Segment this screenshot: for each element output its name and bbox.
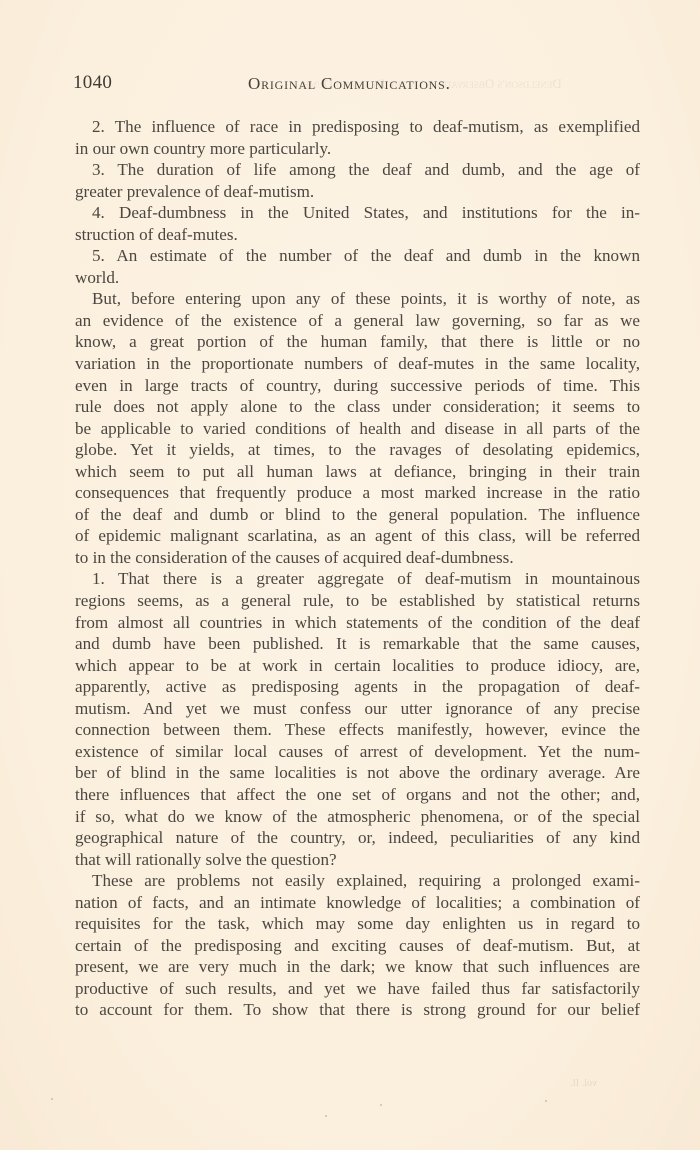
text-line: globe. Yet it yields, at times, to the r… <box>75 439 640 461</box>
page-number: 1040 <box>73 72 112 94</box>
text-line: there influences that affect the one set… <box>75 784 640 806</box>
body-text: 2. The influence of race in predisposing… <box>75 116 640 1021</box>
text-line: connection between them. These effects m… <box>75 719 640 741</box>
text-line: regions seems, as a general rule, to be … <box>75 590 640 612</box>
text-line: geographical nature of the country, or, … <box>75 827 640 849</box>
text-line: But, before entering upon any of these p… <box>75 288 640 310</box>
text-line: mutism. And yet we must confess our utte… <box>75 698 640 720</box>
text-line: and dumb have been published. It is rema… <box>75 633 640 655</box>
text-line: struction of deaf-mutes. <box>75 224 640 246</box>
text-line: nation of facts, and an intimate knowled… <box>75 892 640 914</box>
text-line: which seem to put all human laws at defi… <box>75 461 640 483</box>
text-line: be applicable to varied conditions of he… <box>75 418 640 440</box>
text-line: an evidence of the existence of a genera… <box>75 310 640 332</box>
text-line: rule does not apply alone to the class u… <box>75 396 640 418</box>
text-line: world. <box>75 267 640 289</box>
running-head-title: Original Communications. <box>248 74 451 94</box>
paper-speck <box>380 1104 382 1106</box>
text-line: if so, what do we know of the atmospheri… <box>75 806 640 828</box>
text-line: even in large tracts of country, during … <box>75 375 640 397</box>
text-line: present, we are very much in the dark; w… <box>75 956 640 978</box>
book-page: Deneldson's Observations on the Deaf and… <box>0 0 700 1150</box>
text-line: productive of such results, and yet we h… <box>75 978 640 1000</box>
text-line: 2. The influence of race in predisposing… <box>75 116 640 138</box>
text-line: apparently, active as predisposing agent… <box>75 676 640 698</box>
text-line: 4. Deaf-dumbness in the United States, a… <box>75 202 640 224</box>
text-line: of the deaf and dumb or blind to the gen… <box>75 504 640 526</box>
text-line: that will rationally solve the question? <box>75 849 640 871</box>
running-head: 1040 Original Communications. <box>73 72 640 98</box>
text-line: These are problems not easily explained,… <box>75 870 640 892</box>
bleed-through-footer: vol. II. <box>570 1078 597 1089</box>
text-line: know, a great portion of the human famil… <box>75 331 640 353</box>
paper-speck <box>51 1098 53 1100</box>
paper-speck <box>545 1100 547 1102</box>
text-line: in our own country more particularly. <box>75 138 640 160</box>
text-line: requisites for the task, which may some … <box>75 913 640 935</box>
paper-speck <box>325 1115 327 1117</box>
text-line: 3. The duration of life among the deaf a… <box>75 159 640 181</box>
text-line: of epidemic malignant scarlatina, as an … <box>75 525 640 547</box>
text-line: certain of the predisposing and exciting… <box>75 935 640 957</box>
text-line: to in the consideration of the causes of… <box>75 547 640 569</box>
text-line: to account for them. To show that there … <box>75 999 640 1021</box>
text-line: from almost all countries in which state… <box>75 612 640 634</box>
text-line: existence of similar local causes of arr… <box>75 741 640 763</box>
text-line: consequences that frequently produce a m… <box>75 482 640 504</box>
text-line: variation in the proportionate numbers o… <box>75 353 640 375</box>
text-line: greater prevalence of deaf-mutism. <box>75 181 640 203</box>
text-line: 5. An estimate of the number of the deaf… <box>75 245 640 267</box>
text-line: 1. That there is a greater aggregate of … <box>75 568 640 590</box>
text-line: ber of blind in the same localities is n… <box>75 762 640 784</box>
text-line: which appear to be at work in certain lo… <box>75 655 640 677</box>
